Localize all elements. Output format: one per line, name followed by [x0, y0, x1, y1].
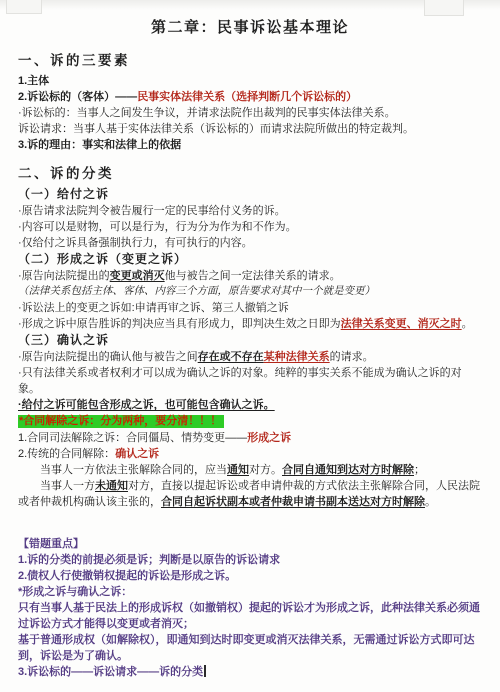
mistakes-heading: 【错题重点】: [18, 536, 482, 552]
p2-post: 。: [425, 496, 436, 508]
p2-no-notice: 未通知: [95, 480, 128, 492]
mistakes-point-4: 只有当事人基于民法上的形成诉权（如撤销权）提起的诉讼才为形成之诉，此种法律关系必…: [18, 600, 482, 632]
item-cause-of-action: 3.诉的理由：事实和法律上的依据: [18, 137, 482, 153]
mistakes-point-6-text: 3.诉讼标的——诉讼请求——诉的分类: [18, 666, 203, 678]
highlight-marker-text: *合同解除之诉：分为两种，要分清！！！: [18, 415, 224, 428]
item-judicial-rescission: 1.合同司法解除之诉：合同僵局、情势变更——形成之诉: [18, 430, 482, 446]
p2-pre: 当事人一方: [40, 480, 95, 492]
p1-pre: 当事人一方依法主张解除合同的，应当: [40, 464, 227, 476]
mistakes-point-1: 1.诉的分类的前提必须是诉；判断是以原告的诉讼请求: [18, 552, 482, 568]
formative-3-pre: ·形成之诉中原告胜诉的判决应当具有形成力，即判决生效之日即为: [18, 318, 341, 330]
line-litigation-claim: 诉讼请求：当事人基于实体法律关系（诉讼标的）而请求法院所做出的特定裁判。: [18, 121, 482, 137]
item-subject: 1.主体: [18, 73, 482, 89]
highlight-contract-rescission: *合同解除之诉：分为两种，要分清！！！: [18, 413, 482, 430]
item-traditional-rescission: 2.传统的合同解除：确认之诉: [18, 446, 482, 462]
bullet-confirmation-1: ·原告向法院提出的确认他与被告之间存在或不存在某种法律关系的请求。: [18, 349, 482, 365]
bullet-performance-1: ·原告请求法院判令被告履行一定的民事给付义务的诉。: [18, 203, 482, 219]
document-page: 第二章：民事诉讼基本理论 一、诉的三要素 1.主体 2.诉讼标的（客体）——民事…: [0, 0, 500, 692]
section-heading-classification: 二、诉的分类: [18, 162, 482, 182]
confirmation-1-post: 的请求。: [330, 351, 374, 363]
mistakes-point-3: *形成之诉与确认之诉：: [18, 584, 482, 600]
judicial-rescission-type: 形成之诉: [247, 432, 291, 444]
confirmation-1-red-emphasis: 某种法律关系: [264, 351, 330, 363]
p1-mid: 对方。: [249, 464, 282, 476]
mistakes-point-5: 基于普通形成权（如解除权），即通知到达时即变更或消灭法律关系，无需通过诉讼方式即…: [18, 632, 482, 664]
document-content: 第二章：民事诉讼基本理论 一、诉的三要素 1.主体 2.诉讼标的（客体）——民事…: [0, 0, 500, 680]
subheading-confirmation-action: （三）确认之诉: [18, 332, 482, 349]
p2-effective-time: 合同自起诉状副本或者仲裁申请书副本送达对方时解除: [161, 496, 425, 508]
p1-notice: 通知: [227, 464, 249, 476]
bullet-formative-1: ·原告向法院提出的变更或消灭他与被告之间一定法律关系的请求。: [18, 268, 482, 284]
photo-artifact-top-left: [6, 0, 42, 14]
p1-post: ；: [414, 464, 425, 476]
paragraph-no-notice-rescission: 当事人一方未通知对方，直接以提起诉讼或者申请仲裁的方式依法主张解除合同，人民法院…: [18, 478, 482, 510]
bullet-performance-3: ·仅给付之诉具备强制执行力，有可执行的内容。: [18, 235, 482, 251]
section-heading-elements-of-action: 一、诉的三要素: [18, 49, 482, 69]
formative-3-post: 。: [462, 318, 473, 330]
subheading-formative-action: （二）形成之诉（变更之诉）: [18, 251, 482, 268]
paragraph-notice-rescission: 当事人一方依法主张解除合同的，应当通知对方。合同自通知到达对方时解除；: [18, 462, 482, 478]
p1-effective-time: 合同自通知到达对方时解除: [282, 464, 414, 476]
confirmation-1-emphasis: 存在或不存在: [198, 351, 264, 363]
item-object-prefix: 2.诉讼标的（客体）——: [18, 91, 137, 103]
item-object-of-action: 2.诉讼标的（客体）——民事实体法律关系（选择判断几个诉讼标的）: [18, 89, 482, 105]
confirmation-1-pre: ·原告向法院提出的确认他与被告之间: [18, 351, 198, 363]
judicial-rescission-pre: 1.合同司法解除之诉：合同僵局、情势变更——: [18, 432, 247, 444]
bullet-confirmation-2: ·只有法律关系或者权利才可以成为确认之诉的对象。纯粹的事实关系不能成为确认之诉的…: [18, 365, 482, 397]
mistakes-point-2: 2.债权人行使撤销权提起的诉讼是形成之诉。: [18, 568, 482, 584]
spacer: [18, 510, 482, 526]
bullet-confirmation-3: ·给付之诉可能包含形成之诉，也可能包含确认之诉。: [18, 397, 482, 413]
formative-1-post: 他与被告之间一定法律关系的请求。: [165, 270, 341, 282]
photo-artifact-top-right: [424, 0, 464, 16]
item-object-red-note: 民事实体法律关系（选择判断几个诉讼标的）: [137, 91, 357, 103]
bullet-litigation-object: ·诉讼标的：当事人之间发生争议，并请求法院作出裁判的民事实体法律关系。: [18, 105, 482, 121]
mistakes-point-6: 3.诉讼标的——诉讼请求——诉的分类: [18, 664, 482, 680]
traditional-rescission-type: 确认之诉: [115, 448, 159, 460]
subheading-performance-action: （一）给付之诉: [18, 186, 482, 203]
bullet-performance-2: ·内容可以是财物，可以是行为，行为分为作为和不作为。: [18, 219, 482, 235]
mistakes-section: 【错题重点】 1.诉的分类的前提必须是诉；判断是以原告的诉讼请求 2.债权人行使…: [18, 536, 482, 680]
note-legal-relation-aspects: （法律关系包括主体、客体、内容三个方面，原告要求对其中一个就是变更）: [18, 284, 482, 300]
traditional-rescission-pre: 2.传统的合同解除：: [18, 448, 115, 460]
formative-1-emphasis: 变更或消灭: [110, 270, 165, 282]
text-cursor: [204, 665, 206, 677]
formative-3-red-emphasis: 法律关系变更、消灭之时: [341, 318, 462, 330]
formative-1-pre: ·原告向法院提出的: [18, 270, 110, 282]
bullet-formative-3: ·形成之诉中原告胜诉的判决应当具有形成力，即判决生效之日即为法律关系变更、消灭之…: [18, 316, 482, 332]
bullet-formative-2: ·诉讼法上的变更之诉如:申请再审之诉、第三人撤销之诉: [18, 300, 482, 316]
page-title: 第二章：民事诉讼基本理论: [18, 16, 482, 37]
